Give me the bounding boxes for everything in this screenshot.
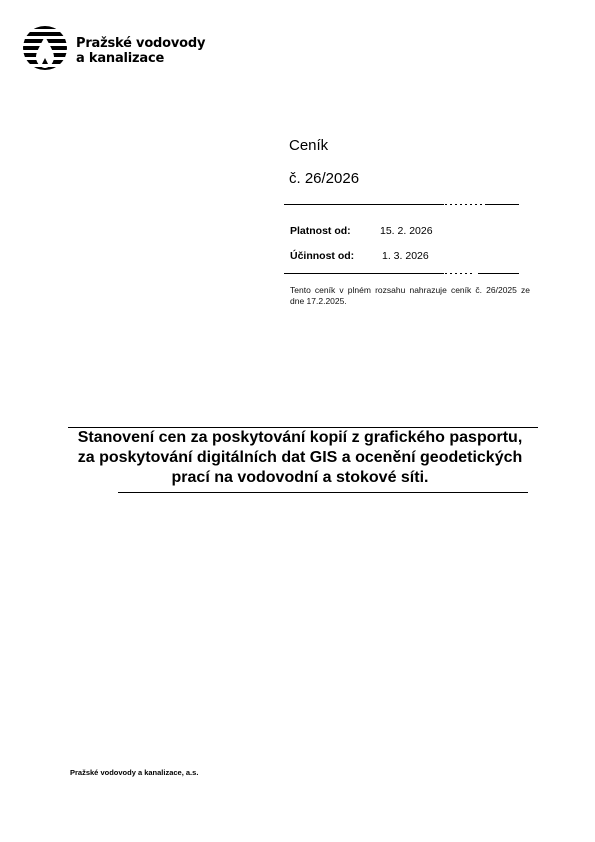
brand-name: Pražské vodovody a kanalizace	[76, 36, 205, 66]
brand-line-1: Pražské vodovody	[76, 36, 205, 51]
divider	[284, 273, 444, 274]
document-title: Ceník	[289, 137, 328, 154]
platnost-label: Platnost od:	[290, 225, 351, 237]
heading-line-3: prací na vodovodní a stokové síti.	[60, 468, 540, 488]
document-heading: Stanovení cen za poskytování kopií z gra…	[60, 428, 540, 488]
heading-bottom-rule	[118, 492, 528, 493]
divider	[445, 273, 475, 274]
ucinnost-label: Účinnost od:	[290, 250, 354, 262]
replacement-note: Tento ceník v plném rozsahu nahrazuje ce…	[290, 285, 530, 307]
divider	[485, 204, 519, 205]
divider	[284, 204, 444, 205]
pvk-logo-icon	[20, 24, 70, 72]
heading-line-2: za poskytování digitálních dat GIS a oce…	[60, 448, 540, 468]
platnost-value: 15. 2. 2026	[380, 225, 433, 237]
document-number: č. 26/2026	[289, 170, 359, 187]
divider	[445, 204, 485, 205]
footer-company: Pražské vodovody a kanalizace, a.s.	[70, 768, 198, 777]
divider	[478, 273, 519, 274]
heading-line-1: Stanovení cen za poskytování kopií z gra…	[60, 428, 540, 448]
brand-line-2: a kanalizace	[76, 51, 205, 66]
ucinnost-value: 1. 3. 2026	[382, 250, 429, 262]
